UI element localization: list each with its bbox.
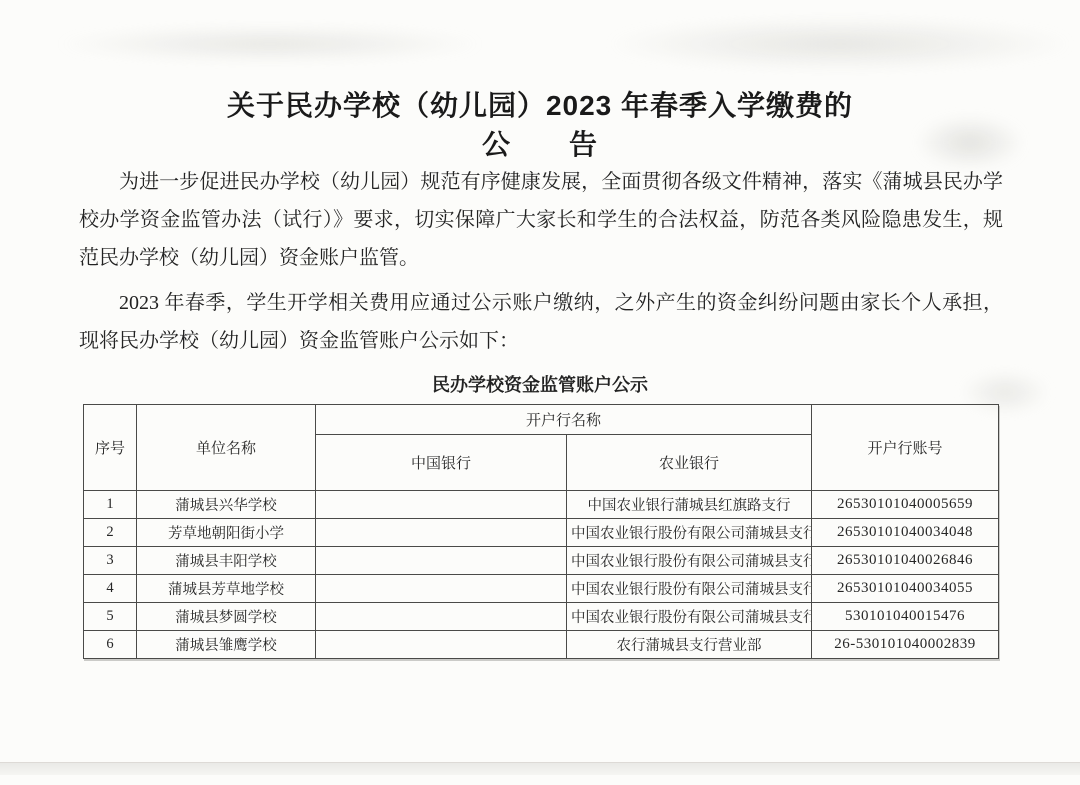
notice-body: 为进一步促进民办学校（幼儿园）规范有序健康发展，全面贯彻各级文件精神，落实《蒲城… bbox=[79, 163, 1003, 360]
table-caption: 民办学校资金监管账户公示 bbox=[0, 371, 1080, 397]
header-index: 序号 bbox=[84, 405, 137, 491]
cell-account: 26530101040034055 bbox=[812, 575, 999, 603]
header-agricultural-bank: 农业银行 bbox=[567, 435, 812, 491]
scanned-notice-page: 关于民办学校（幼儿园）2023 年春季入学缴费的 公 告 为进一步促进民办学校（… bbox=[0, 0, 1080, 785]
table-row: 3 蒲城县丰阳学校 中国农业银行股份有限公司蒲城县支行 265301010400… bbox=[84, 547, 999, 575]
cell-index: 2 bbox=[84, 519, 137, 547]
notice-title-line2: 公 告 bbox=[0, 123, 1080, 163]
cell-index: 1 bbox=[84, 491, 137, 519]
cell-index: 4 bbox=[84, 575, 137, 603]
notice-paragraph-2: 2023 年春季，学生开学相关费用应通过公示账户缴纳，之外产生的资金纠纷问题由家… bbox=[79, 284, 1003, 360]
cell-unit: 蒲城县梦圆学校 bbox=[137, 603, 316, 631]
cell-account: 530101040015476 bbox=[812, 603, 999, 631]
cell-boc bbox=[316, 631, 567, 659]
cell-abc: 中国农业银行股份有限公司蒲城县支行 bbox=[567, 575, 812, 603]
cell-index: 5 bbox=[84, 603, 137, 631]
notice-title-line1: 关于民办学校（幼儿园）2023 年春季入学缴费的 bbox=[0, 84, 1080, 124]
table-row: 5 蒲城县梦圆学校 中国农业银行股份有限公司蒲城县支行 530101040015… bbox=[84, 603, 999, 631]
cell-account: 26530101040026846 bbox=[812, 547, 999, 575]
cell-boc bbox=[316, 519, 567, 547]
cell-abc: 中国农业银行股份有限公司蒲城县支行 bbox=[567, 547, 812, 575]
cell-unit: 蒲城县芳草地学校 bbox=[137, 575, 316, 603]
cell-abc: 农行蒲城县支行营业部 bbox=[567, 631, 812, 659]
table-row: 4 蒲城县芳草地学校 中国农业银行股份有限公司蒲城县支行 26530101040… bbox=[84, 575, 999, 603]
header-account: 开户行账号 bbox=[812, 405, 999, 491]
cell-index: 6 bbox=[84, 631, 137, 659]
notice-paragraph-1: 为进一步促进民办学校（幼儿园）规范有序健康发展，全面贯彻各级文件精神，落实《蒲城… bbox=[79, 163, 1003, 277]
cell-account: 26530101040034048 bbox=[812, 519, 999, 547]
cell-boc bbox=[316, 575, 567, 603]
table-row: 2 芳草地朝阳街小学 中国农业银行股份有限公司蒲城县支行 26530101040… bbox=[84, 519, 999, 547]
scan-smudge bbox=[55, 26, 485, 62]
cell-unit: 蒲城县兴华学校 bbox=[137, 491, 316, 519]
cell-abc: 中国农业银行股份有限公司蒲城县支行 bbox=[567, 519, 812, 547]
table-row: 6 蒲城县雏鹰学校 农行蒲城县支行营业部 26-530101040002839 bbox=[84, 631, 999, 659]
cell-abc: 中国农业银行蒲城县红旗路支行 bbox=[567, 491, 812, 519]
cell-account: 26-530101040002839 bbox=[812, 631, 999, 659]
cell-boc bbox=[316, 491, 567, 519]
accounts-table: 序号 单位名称 开户行名称 开户行账号 中国银行 农业银行 1 蒲城县兴华学校 … bbox=[83, 404, 999, 659]
header-unit: 单位名称 bbox=[137, 405, 316, 491]
scan-smudge bbox=[610, 18, 1070, 70]
cell-abc: 中国农业银行股份有限公司蒲城县支行 bbox=[567, 603, 812, 631]
header-bank-of-china: 中国银行 bbox=[316, 435, 567, 491]
cell-index: 3 bbox=[84, 547, 137, 575]
cell-unit: 蒲城县丰阳学校 bbox=[137, 547, 316, 575]
table-row: 1 蒲城县兴华学校 中国农业银行蒲城县红旗路支行 265301010400056… bbox=[84, 491, 999, 519]
scan-edge-artifact bbox=[0, 762, 1080, 775]
header-bank-group: 开户行名称 bbox=[316, 405, 812, 435]
cell-account: 26530101040005659 bbox=[812, 491, 999, 519]
cell-boc bbox=[316, 603, 567, 631]
cell-unit: 蒲城县雏鹰学校 bbox=[137, 631, 316, 659]
cell-boc bbox=[316, 547, 567, 575]
cell-unit: 芳草地朝阳街小学 bbox=[137, 519, 316, 547]
